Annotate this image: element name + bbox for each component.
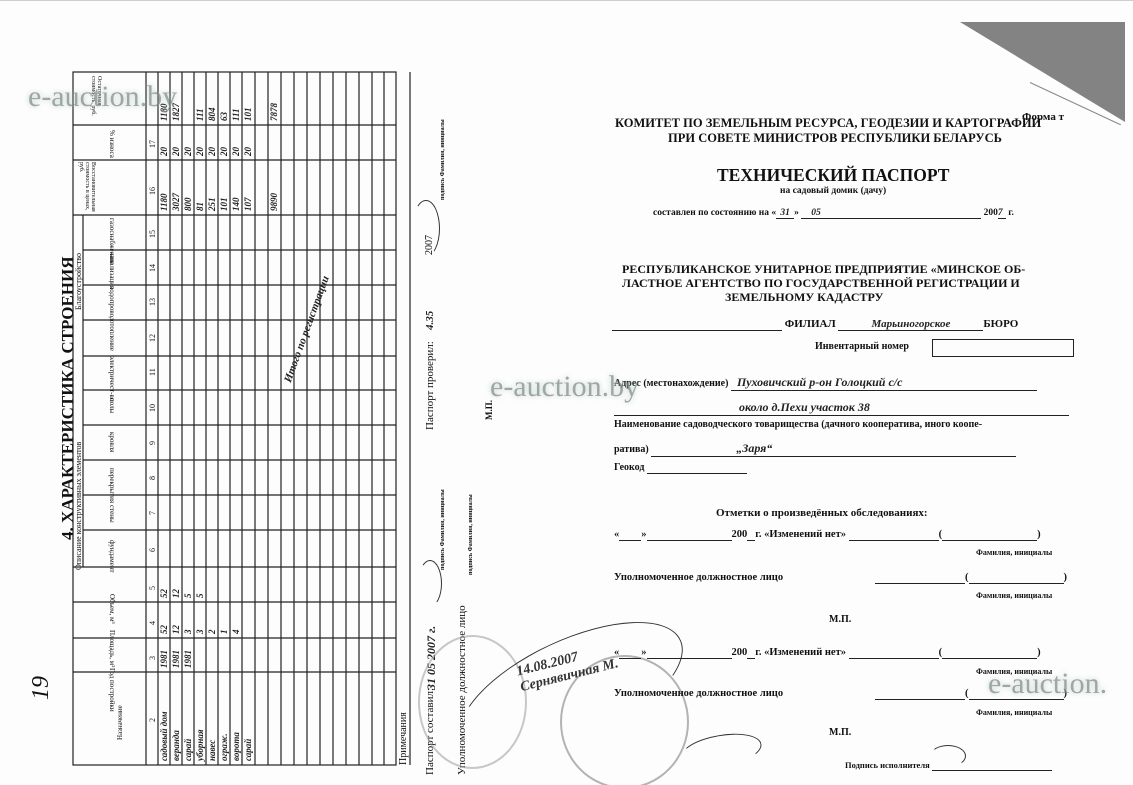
col-number: 11 (148, 368, 157, 376)
inspection-2-month[interactable] (647, 647, 732, 659)
name-caption: Фамилия, инициалы (976, 708, 1052, 717)
address-line-2: около д.Пехи участок 38 (614, 398, 1069, 416)
bureau-label: БЮРО (983, 318, 1018, 330)
table-cell-col17: 20 (207, 147, 217, 156)
inspection-2-signature[interactable] (849, 647, 939, 659)
table-cell-col18: 111 (231, 108, 241, 121)
year-prefix: 200 (732, 529, 748, 540)
col-number: 12 (148, 334, 157, 342)
col-header-heating: отопление (108, 320, 116, 351)
partnership-value[interactable]: „Заря“ (651, 441, 1016, 457)
col-header-purpose: Назначение (116, 705, 124, 740)
geocode-line: Геокод (614, 462, 747, 474)
col-number: 10 (148, 404, 157, 412)
col-number: 9 (148, 441, 157, 445)
signature-scribble-2 (678, 728, 764, 774)
table-cell-col18: 111 (195, 108, 205, 121)
table-cell-col16: 81 (195, 202, 205, 211)
branch-value[interactable]: Марьиногорское (838, 318, 983, 331)
signature-compiled (418, 560, 442, 607)
table-cell-col16: 101 (219, 198, 229, 212)
official-1-fields: ( ) (875, 572, 1067, 584)
table-cell-purpose: сарай (243, 739, 253, 761)
inspection-2-name[interactable] (942, 647, 1037, 659)
table-cell-year: 1981 (183, 650, 193, 668)
executor-signature-mark (930, 745, 966, 767)
table-cell-purpose: уборная (195, 730, 205, 762)
table-cell-col16: 107 (243, 198, 253, 212)
table-cell-year: 1981 (159, 650, 169, 668)
inventory-label: Инвентарный номер (815, 341, 909, 352)
inspection-1-name[interactable] (942, 529, 1037, 541)
inspections-title: Отметки о произведённых обследованиях: (716, 507, 928, 519)
inspection-2-day[interactable] (619, 647, 641, 659)
official-line-1: Уполномоченное должностное лицо (614, 572, 783, 583)
compiled-year-digit[interactable]: 7 (998, 208, 1006, 219)
no-changes-label: г. «Изменений нет» (755, 647, 846, 658)
table-cell-col18: 7878 (269, 103, 279, 121)
branch-line: ФИЛИАЛ МарьиногорскоеБЮРО (612, 318, 1018, 331)
col-header-water: водопровод (108, 286, 116, 320)
official-1-name[interactable] (969, 572, 1064, 584)
partnership-label: Наименование садоводческого товарищества… (614, 419, 982, 430)
compiled-date-line: составлен по состоянию на «31» 05 2007 г… (653, 208, 1014, 219)
inspection-1-day[interactable] (619, 529, 641, 541)
table-cell-col18: 804 (207, 108, 217, 122)
col-header-walls: стены (108, 505, 116, 523)
table-cell-col17: 20 (219, 147, 229, 156)
col-header-area: Площадь, м² (108, 630, 116, 667)
col-header-year: Год постройки (108, 668, 116, 712)
table-cell-col17: 20 (159, 147, 169, 156)
inspection-1-signature[interactable] (849, 529, 939, 541)
folded-corner (960, 22, 1125, 122)
col-number: 16 (148, 187, 157, 195)
table-cell-col16: 800 (183, 198, 193, 212)
col-number: 17 (148, 140, 157, 148)
table-cell-col16: 251 (207, 198, 217, 212)
name-caption: Фамилия, инициалы (976, 548, 1052, 557)
col-header-floors-slabs: перекрытия (108, 468, 116, 503)
table-cell-col18: 101 (243, 108, 253, 122)
table-cell-col16: 3027 (171, 193, 181, 211)
address-line-1: Адрес (местонахождение) Пуховичский р-он… (614, 375, 1037, 391)
table-cell-year: 1981 (171, 650, 181, 668)
col-header-roof: кровля (108, 432, 116, 452)
col-header-restoration-cost: Восстановительная стоимость в ценах, руб… (78, 162, 96, 214)
table-cell-area: 2 (207, 630, 217, 635)
inspection-entry-1: « » 200 г. «Изменений нет» ( ) (614, 529, 1041, 541)
compiled-year-prefix: 200 (984, 208, 998, 218)
checked-value: 4.35 (424, 311, 436, 330)
compiled-day[interactable]: 31 (776, 208, 794, 219)
table-cell-area: 52 (159, 625, 169, 634)
watermark: e-auction.by (28, 80, 177, 114)
col-number: 8 (148, 476, 157, 480)
table-cell-purpose: садовый дом (159, 711, 169, 761)
official-label: Уполномоченное должностное лицо (614, 572, 783, 583)
inventory-number-field[interactable] (932, 339, 1074, 357)
table-cell-col16: 140 (231, 198, 241, 212)
col-number: 14 (148, 264, 157, 272)
inspection-entry-2: « » 200 г. «Изменений нет» ( ) (614, 647, 1041, 659)
col-number: 5 (148, 586, 157, 590)
seal-label-1: М.П. (829, 614, 851, 625)
partnership-line: ратива) „Заря“ (614, 441, 1016, 457)
table-cell-col16: 1180 (159, 193, 169, 211)
inspection-1-month[interactable] (647, 529, 732, 541)
col-number: 3 (148, 656, 157, 660)
address-value-1[interactable]: Пуховичский р-он Голоцкий с/с (731, 375, 1037, 391)
agency-line-1: РЕСПУБЛИКАНСКОЕ УНИТАРНОЕ ПРЕДПРИЯТИЕ «М… (622, 262, 1025, 277)
official-1-signature[interactable] (875, 572, 965, 584)
checked-signature-caption: подпись Фамилия, инициалы (440, 119, 446, 200)
branch-label: ФИЛИАЛ (785, 318, 836, 330)
partnership-label-cont: ратива) (614, 444, 649, 455)
agency-line-2: ЛАСТНОЕ АГЕНТСТВО ПО ГОСУДАРСТВЕННОЙ РЕГ… (622, 276, 1020, 291)
official-signature-caption: подпись Фамилия, инициалы (468, 494, 474, 575)
agency-line-3: ЗЕМЕЛЬНОМУ КАДАСТРУ (725, 290, 883, 305)
compiled-month[interactable]: 05 (801, 208, 981, 219)
year-prefix: 200 (732, 647, 748, 658)
col-header-foundation: фундамент (108, 540, 116, 573)
table-cell-volume: 12 (171, 589, 181, 598)
table-cell-area: 1 (219, 630, 229, 635)
table-cell-col17: 20 (195, 147, 205, 156)
table-cell-volume: 52 (159, 589, 169, 598)
official-label: Уполномоченное должностное лицо (614, 688, 783, 699)
document-title: ТЕХНИЧЕСКИЙ ПАСПОРТ (717, 165, 949, 186)
table-cell-col17: 20 (231, 147, 241, 156)
table-cell-purpose: ограж. (219, 733, 229, 761)
col-number: 7 (148, 511, 157, 515)
checked-label: Паспорт проверил: (424, 341, 436, 430)
executor-label: Подпись исполнителя (845, 760, 930, 770)
official-2-signature[interactable] (875, 688, 965, 700)
branch-prefix-blank[interactable] (612, 318, 782, 331)
geocode-value[interactable] (647, 462, 747, 474)
compiled-signature-caption: подпись Фамилия, инициалы (440, 489, 446, 570)
table-cell-purpose: ворота (231, 732, 241, 761)
table-cell-volume: 5 (183, 594, 193, 599)
col-header-electricity: электричест-во (108, 356, 116, 401)
table-cell-purpose: навес (207, 740, 217, 761)
table-cell-volume: 5 (195, 594, 205, 599)
table-cell-area: 3 (195, 630, 205, 635)
col-number: 2 (148, 718, 157, 722)
table-cell-area: 3 (183, 630, 193, 635)
col-number: 6 (148, 548, 157, 552)
col-number: 13 (148, 298, 157, 306)
document-subtitle: на садовый домик (дачу) (780, 186, 886, 196)
table-cell-purpose: сарай (183, 739, 193, 761)
signature-checked (412, 200, 440, 257)
table-cell-col17: 20 (183, 147, 193, 156)
committee-line-1: КОМИТЕТ ПО ЗЕМЕЛЬНЫМ РЕСУРСА, ГЕОДЕЗИИ И… (615, 116, 1041, 131)
address-value-2[interactable]: около д.Пехи участок 38 (614, 400, 1069, 416)
col-header-volume: Объем, м³ (108, 594, 116, 624)
geocode-label: Геокод (614, 462, 644, 473)
table-cell-area: 12 (171, 625, 181, 634)
col-header-gas: газоснабже-ние (108, 218, 116, 265)
col-number: 4 (148, 621, 157, 625)
table-cell-col17: 20 (243, 147, 253, 156)
col-number: 15 (148, 230, 157, 238)
committee-line-2: ПРИ СОВЕТЕ МИНИСТРОВ РЕСПУБЛИКИ БЕЛАРУСЬ (668, 131, 1002, 146)
notes-label: Примечания (398, 712, 409, 765)
year-suffix: г. (1008, 208, 1014, 218)
table-cell-purpose: веранда (171, 730, 181, 761)
watermark: e-auction.by (490, 370, 639, 404)
official-line-2: Уполномоченное должностное лицо (614, 688, 783, 699)
no-changes-label: г. «Изменений нет» (755, 529, 846, 540)
table-cell-col16: 9890 (269, 193, 279, 211)
name-caption: Фамилия, инициалы (976, 591, 1052, 600)
compiled-label: составлен по состоянию на « (653, 208, 776, 218)
table-cell-col18: 63 (219, 112, 229, 121)
col-header-wear: % износа (108, 130, 116, 158)
seal-label-2: М.П. (829, 727, 851, 738)
watermark: e-auction. (988, 667, 1107, 701)
table-cell-col17: 20 (171, 147, 181, 156)
table-cell-area: 4 (231, 630, 241, 635)
